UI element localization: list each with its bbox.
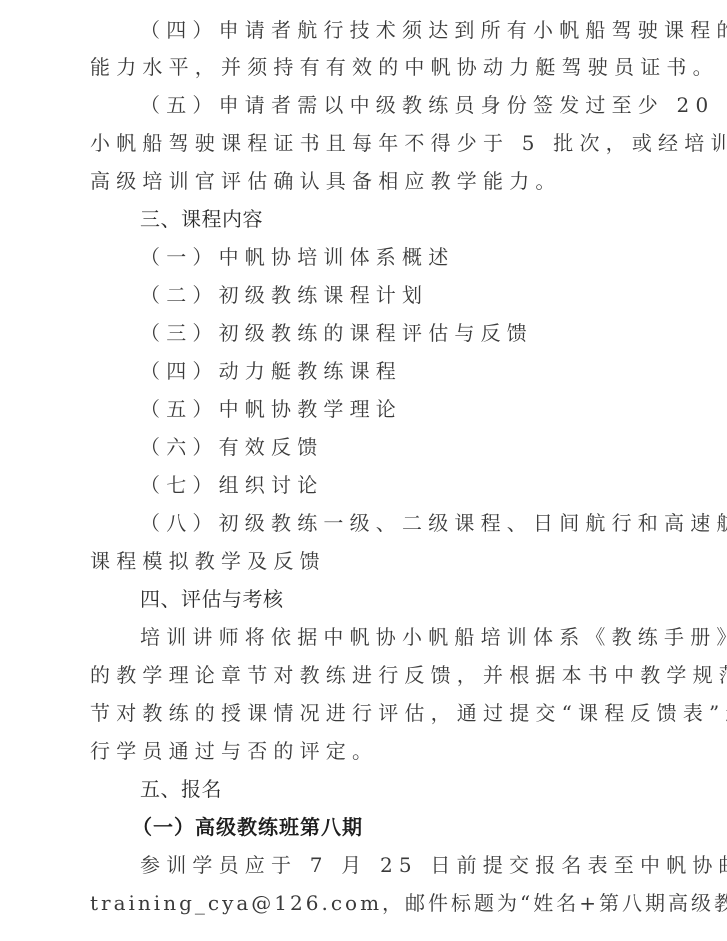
section-heading-course-content: 三、课程内容 bbox=[140, 207, 263, 231]
list-item: （八）初级教练一级、二级课程、日间航行和高速航海 bbox=[140, 511, 727, 535]
paragraph-line: 节对教练的授课情况进行评估，通过提交“课程反馈表”进 bbox=[90, 701, 727, 725]
document-page: （四）申请者航行技术须达到所有小帆船驾驶课程的 能力水平，并须持有有效的中帆协动… bbox=[0, 0, 727, 941]
list-item: （四）动力艇教练课程 bbox=[140, 359, 402, 383]
paragraph-line: （五）申请者需以中级教练员身份签发过至少 20 批次 bbox=[140, 93, 727, 117]
paragraph-line: 的教学理论章节对教练进行反馈，并根据本书中教学规范章 bbox=[90, 663, 727, 687]
paragraph-line: 参训学员应于 7 月 25 日前提交报名表至中帆协邮箱 bbox=[140, 853, 727, 877]
list-item: （二）初级教练课程计划 bbox=[140, 283, 428, 307]
paragraph-line: 小帆船驾驶课程证书且每年不得少于 5 批次，或经培训官/ bbox=[90, 131, 727, 155]
list-item: （七）组织讨论 bbox=[140, 473, 323, 497]
list-item: （五）中帆协教学理论 bbox=[140, 397, 402, 421]
paragraph-line: 培训讲师将依据中帆协小帆船培训体系《教练手册》中 bbox=[140, 625, 727, 649]
list-item-continuation: 课程模拟教学及反馈 bbox=[90, 549, 326, 573]
list-item: （一）中帆协培训体系概述 bbox=[140, 245, 454, 269]
list-item: （六）有效反馈 bbox=[140, 435, 323, 459]
section-heading-assessment: 四、评估与考核 bbox=[140, 587, 284, 611]
paragraph-line: 行学员通过与否的评定。 bbox=[90, 739, 378, 763]
paragraph-line: （四）申请者航行技术须达到所有小帆船驾驶课程的 bbox=[140, 18, 727, 42]
paragraph-line-email: training_cya@126.com，邮件标题为“姓名+第八期高级教 bbox=[90, 891, 727, 915]
section-heading-registration: 五、报名 bbox=[140, 777, 222, 801]
subsection-heading-advanced-coach-class: （一）高级教练班第八期 bbox=[132, 815, 363, 839]
paragraph-line: 能力水平，并须持有有效的中帆协动力艇驾驶员证书。 bbox=[90, 55, 719, 79]
paragraph-line: 高级培训官评估确认具备相应教学能力。 bbox=[90, 169, 562, 193]
list-item: （三）初级教练的课程评估与反馈 bbox=[140, 321, 533, 345]
